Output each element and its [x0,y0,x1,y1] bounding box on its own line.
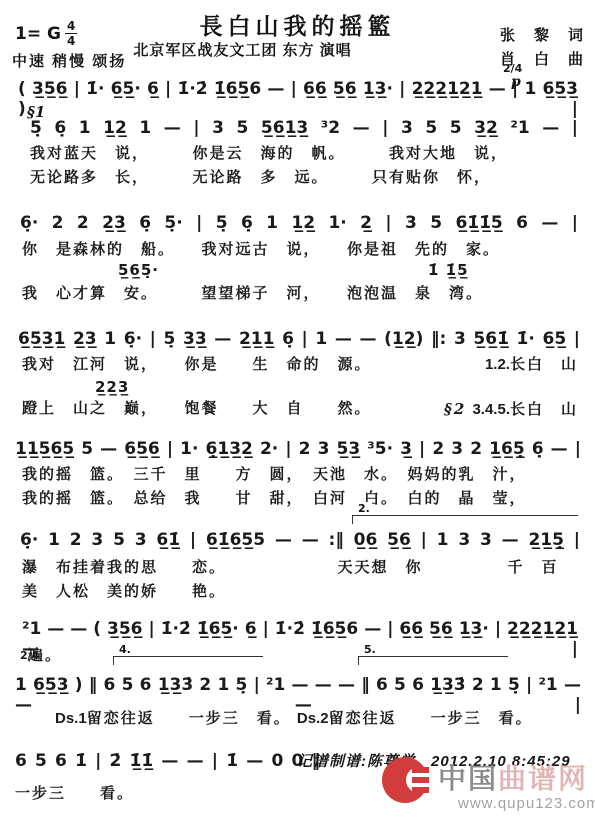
lyric-line-5a: 我的摇 篮。 三千 里 方 圆， 天池 水。 妈妈的乳 汁， [22,466,527,484]
notation-line-7: ²1 — — ( 3̲5̲6̲ | 1̇·2̇ 1̲̇6̲5̲· 6̲ | 1̇… [22,620,578,659]
verse-numbers-3-4-5: 3.4.5. [472,401,510,418]
volta-bracket-4: 4. [113,656,263,665]
volta-4-label: 4. [117,643,133,656]
watermark-cn-pink: 曲谱网 [498,763,588,794]
logo-bar-1 [412,767,429,773]
inline-notation-223: 2̲2̲3̲ [95,378,129,396]
inline-notation-565: 5̲6̲5̣· [118,261,159,279]
refrain-1-2: 1.2.长白 山 [485,356,578,374]
notation-line-5: 1̲1̲5̲6̲5̲ 5 — 6̲5̲6̲ | 1· 6̣̲1̲3̲2̲ 2· … [15,440,581,460]
refrain-3-4-5-text: 长白 山 [510,401,578,418]
tempo-marking: 中速 稍慢 颂扬 [12,50,126,71]
notation-line-3: 6̣· 2 2 2̲3̲ 6̣ 5̣· | 5̣ 6̣ 1 1̲2̲ 1· 2̲… [20,214,578,234]
ds1-text: 留恋往返 一步三 看。 [87,710,291,727]
refrain-1-2-text: 长白 山 [510,356,578,373]
lyric-line-9: 一步三 看。 [15,785,134,803]
lyric-line-6b: 美 人松 美的娇 艳。 [22,583,226,601]
volta-2-label: 2. [356,502,372,515]
ds2-label: Ds.2 [297,710,329,727]
lyric-line-8: Ds.1留恋往返 一步三 看。 Ds.2留恋往返 一步三 看。 [55,710,533,728]
sheet-music-page: 長白山我的摇籃 1= G 4 4 北京军区战友文工团 东方 演唱 中速 稍慢 颂… [0,0,595,817]
lyric-line-4a: 我对 江河 说， 你是 生 命的 源。 1.2.长白 山 [22,356,578,374]
inline-notation-115: 1̇ 1̲̇5̲ [428,261,469,279]
refrain-3-4-5: §2 3.4.5.长白 山 [444,400,578,419]
qupu-logo-icon [382,757,434,809]
lyric-4b-text: 蹬上 山之 巅， 饱餐 大 自 然。 [22,400,372,419]
meter-change-2-4: 2/4 [20,649,39,662]
verse-numbers-1-2: 1.2. [485,356,510,373]
ds1-label: Ds.1 [55,710,87,727]
volta-5-label: 5. [362,643,378,656]
volta-bracket-5: 5. [358,656,508,665]
logo-bar-3 [412,787,429,793]
lyric-line-3a: 你 是森林的 船。 我对远古 说， 你是祖 先的 家。 [22,241,500,259]
lyric-4a-text: 我对 江河 说， 你是 生 命的 源。 [22,356,372,374]
watermark-site-name: 中国曲谱网 [438,757,588,797]
lyric-line-2b: 无论路多 长， 无论路 多 远。 只有贴你 怀， [30,169,491,187]
notation-line-9: 6 5 6 1̇ | 2̇ 1̲̇1̲̇ — — | 1̇ — 0 0 ‖ [15,752,320,772]
time-signature-top: 4 [65,20,77,34]
lyric-line-4b: 蹬上 山之 巅， 饱餐 大 自 然。 §2 3.4.5.长白 山 [22,400,578,419]
logo-bar-2 [412,777,429,783]
notation-line-1: ( 3̲5̲6̲ | 1̇· 6̲5̲· 6̲ | 1̇·2̇ 1̲̇6̲5̲6… [18,80,578,119]
notation-line-4: 6̲5̲3̲1̲ 2̲3̲ 1 6̣· | 5̣ 3̲3̲ — 2̲1̲1̲ 6… [18,330,580,350]
watermark-cn-gray: 中国 [438,763,498,794]
watermark: 中国曲谱网 www.qupu123.com [382,755,592,815]
ds2-text: 留恋往返 一步三 看。 [329,710,533,727]
lyric-line-5b: 我的摇 篮。 总给 我 甘 甜， 白河 白。 白的 晶 莹， [22,490,527,508]
lyric-line-6a: 瀑 布挂着我的思 恋。 天天想 你 千 百 [22,559,559,577]
composer-credit: 肖 白 曲 [465,48,585,69]
watermark-url: www.qupu123.com [458,795,595,812]
notation-line-6: 6̣· 1 2 3 5 3 6̲1̲̇ | 6̲1̲̇6̲5̲5 — — :‖ … [20,531,580,551]
lyric-line-2a: 我对蓝天 说， 你是云 海的 帆。 我对大地 说， [30,145,508,163]
notation-line-2: 5̣ 6̣ 1 1̲2̲ 1 — | 3 5 5̲6̲1̲3̲ ³2 — | 3… [30,119,578,139]
lyric-line-3b: 我 心才算 安。 望望梯子 河， 泡泡温 泉 湾。 [22,285,483,303]
segno-2-mark: §2 [444,400,466,418]
volta-bracket-2: 2. [352,515,578,524]
lyricist-credit: 张 黎 词 [465,24,585,45]
